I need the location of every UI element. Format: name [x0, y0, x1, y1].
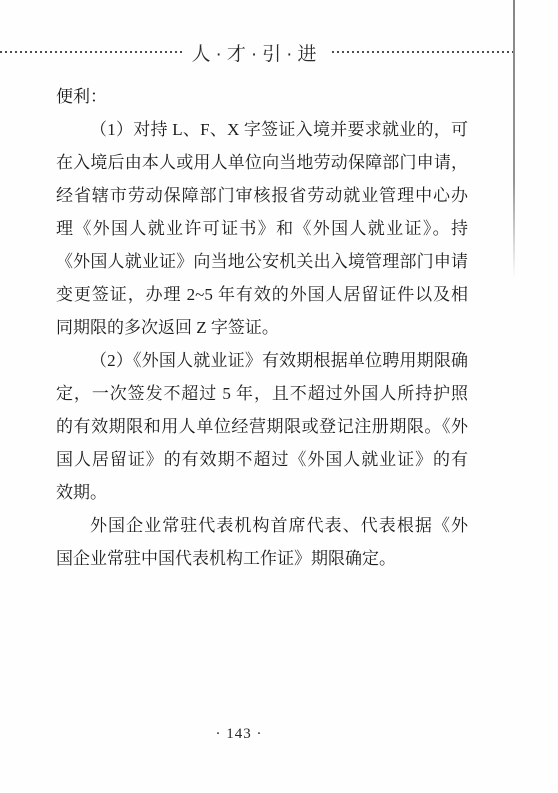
header-dotted-rule-right: [332, 51, 514, 53]
book-page: 人·才·引·进 便利： （1）对持 L、F、X 字签证入境并要求就业的，可 在入…: [0, 0, 558, 793]
body-text: 便利： （1）对持 L、F、X 字签证入境并要求就业的，可 在入境后由本人或用人…: [56, 80, 468, 575]
text-line: 国人居留证》的有效期不超过《外国人就业证》的有: [56, 443, 468, 476]
text-line: （1）对持 L、F、X 字签证入境并要求就业的，可: [56, 113, 468, 146]
text-line: 变更签证，办理 2~5 年有效的外国人居留证件以及相: [56, 278, 468, 311]
text-line: 理《外国人就业许可证书》和《外国人就业证》。持: [56, 212, 468, 245]
text-line: 效期。: [56, 476, 468, 509]
text-line: 同期限的多次返回 Z 字签证。: [56, 311, 468, 344]
text-line: 的有效期限和用人单位经营期限或登记注册期限。《外: [56, 410, 468, 443]
text-line: 《外国人就业证》向当地公安机关出入境管理部门申请: [56, 245, 468, 278]
scan-edge-artifact: [513, 0, 515, 278]
text-line: 定，一次签发不超过 5 年，且不超过外国人所持护照: [56, 377, 468, 410]
text-line: 经省辖市劳动保障部门审核报省劳动就业管理中心办: [56, 179, 468, 212]
page-title: 人·才·引·进: [182, 39, 332, 66]
text-line: 在入境后由本人或用人单位向当地劳动保障部门申请，: [56, 146, 468, 179]
header-dotted-rule-left: [0, 51, 182, 53]
page-number: · 143 ·: [0, 726, 478, 743]
text-line: （2）《外国人就业证》有效期根据单位聘用期限确: [56, 344, 468, 377]
text-line: 外国企业常驻代表机构首席代表、代表根据《外: [56, 509, 468, 542]
text-line: 便利：: [56, 80, 468, 113]
text-line: 国企业常驻中国代表机构工作证》期限确定。: [56, 542, 468, 575]
running-head: 人·才·引·进: [0, 40, 513, 64]
